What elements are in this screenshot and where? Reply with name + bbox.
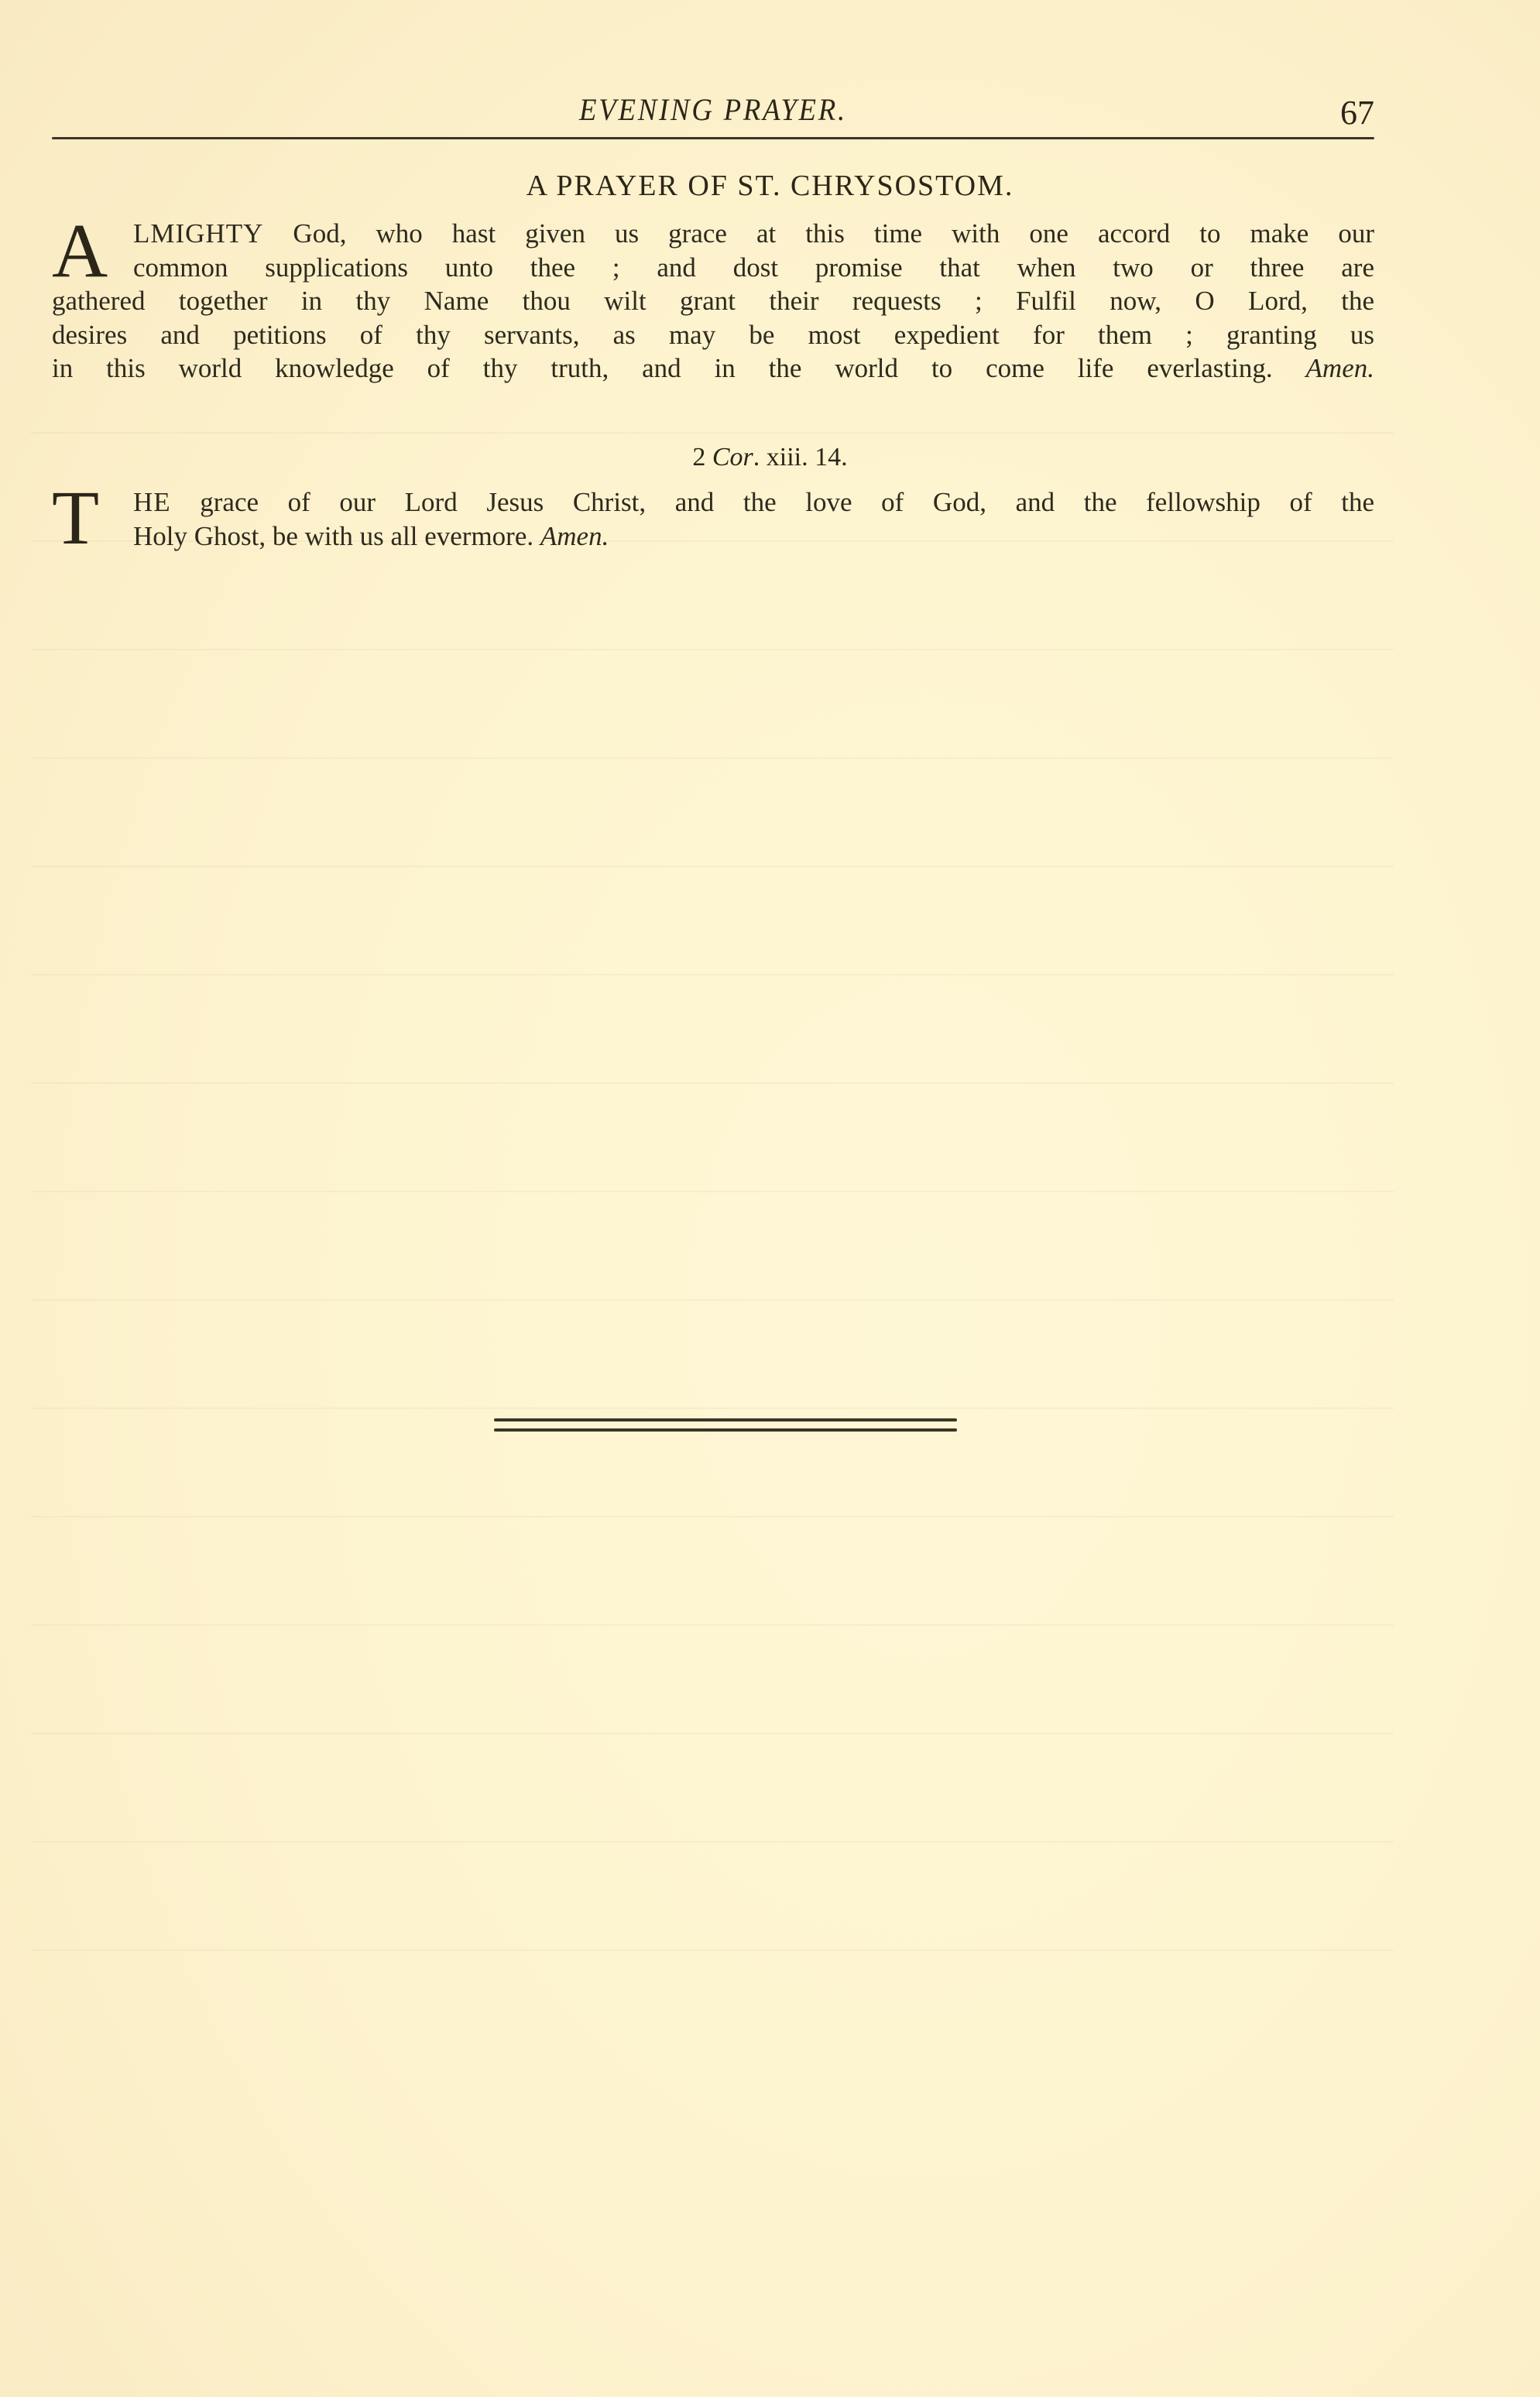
lead-word: HE (133, 487, 171, 517)
scripture-citation: 2 Cor. xiii. 14. (0, 438, 1540, 477)
citation-ref: . xiii. 14. (753, 443, 848, 472)
line-text: in this world knowledge of thy truth, an… (52, 353, 1306, 383)
text-line: common supplications unto thee ; and dos… (52, 251, 1374, 285)
drop-cap: T (52, 487, 99, 549)
running-title: EVENING PRAYER. (105, 87, 1321, 133)
text-line: LMIGHTY God, who hast given us grace at … (52, 217, 1374, 251)
text-line: desires and petitions of thy servants, a… (52, 318, 1374, 352)
text-line: HE grace of our Lord Jesus Christ, and t… (52, 485, 1374, 520)
grace-paragraph: T HE grace of our Lord Jesus Christ, and… (52, 485, 1374, 553)
rule-line (494, 1428, 957, 1432)
text-line: Holy Ghost, be with us all evermore. Ame… (52, 520, 1374, 554)
line-text: grace of our Lord Jesus Christ, and the … (171, 487, 1374, 517)
citation-number: 2 (692, 443, 712, 472)
end-double-rule (494, 1418, 957, 1432)
amen: Amen. (1306, 353, 1374, 383)
rule-line (494, 1418, 957, 1421)
prayer-chrysostom-paragraph: A LMIGHTY God, who hast given us grace a… (52, 217, 1374, 386)
drop-cap: A (52, 220, 108, 282)
book-page: EVENING PRAYER. 67 A PRAYER OF ST. CHRYS… (0, 0, 1540, 2397)
line-text: God, who hast given us grace at this tim… (263, 218, 1374, 249)
lead-word: LMIGHTY (133, 218, 263, 249)
amen: Amen. (540, 521, 609, 551)
show-through-texture (31, 364, 1394, 2005)
page-number: 67 (1340, 90, 1374, 136)
section-heading: A PRAYER OF ST. CHRYSOSTOM. (0, 164, 1540, 207)
text-line: in this world knowledge of thy truth, an… (52, 351, 1374, 386)
header-rule (52, 137, 1374, 139)
running-head: EVENING PRAYER. 67 (52, 87, 1374, 133)
text-line: gathered together in thy Name thou wilt … (52, 284, 1374, 318)
line-text: Holy Ghost, be with us all evermore. (133, 521, 540, 551)
citation-book: Cor (712, 443, 753, 472)
